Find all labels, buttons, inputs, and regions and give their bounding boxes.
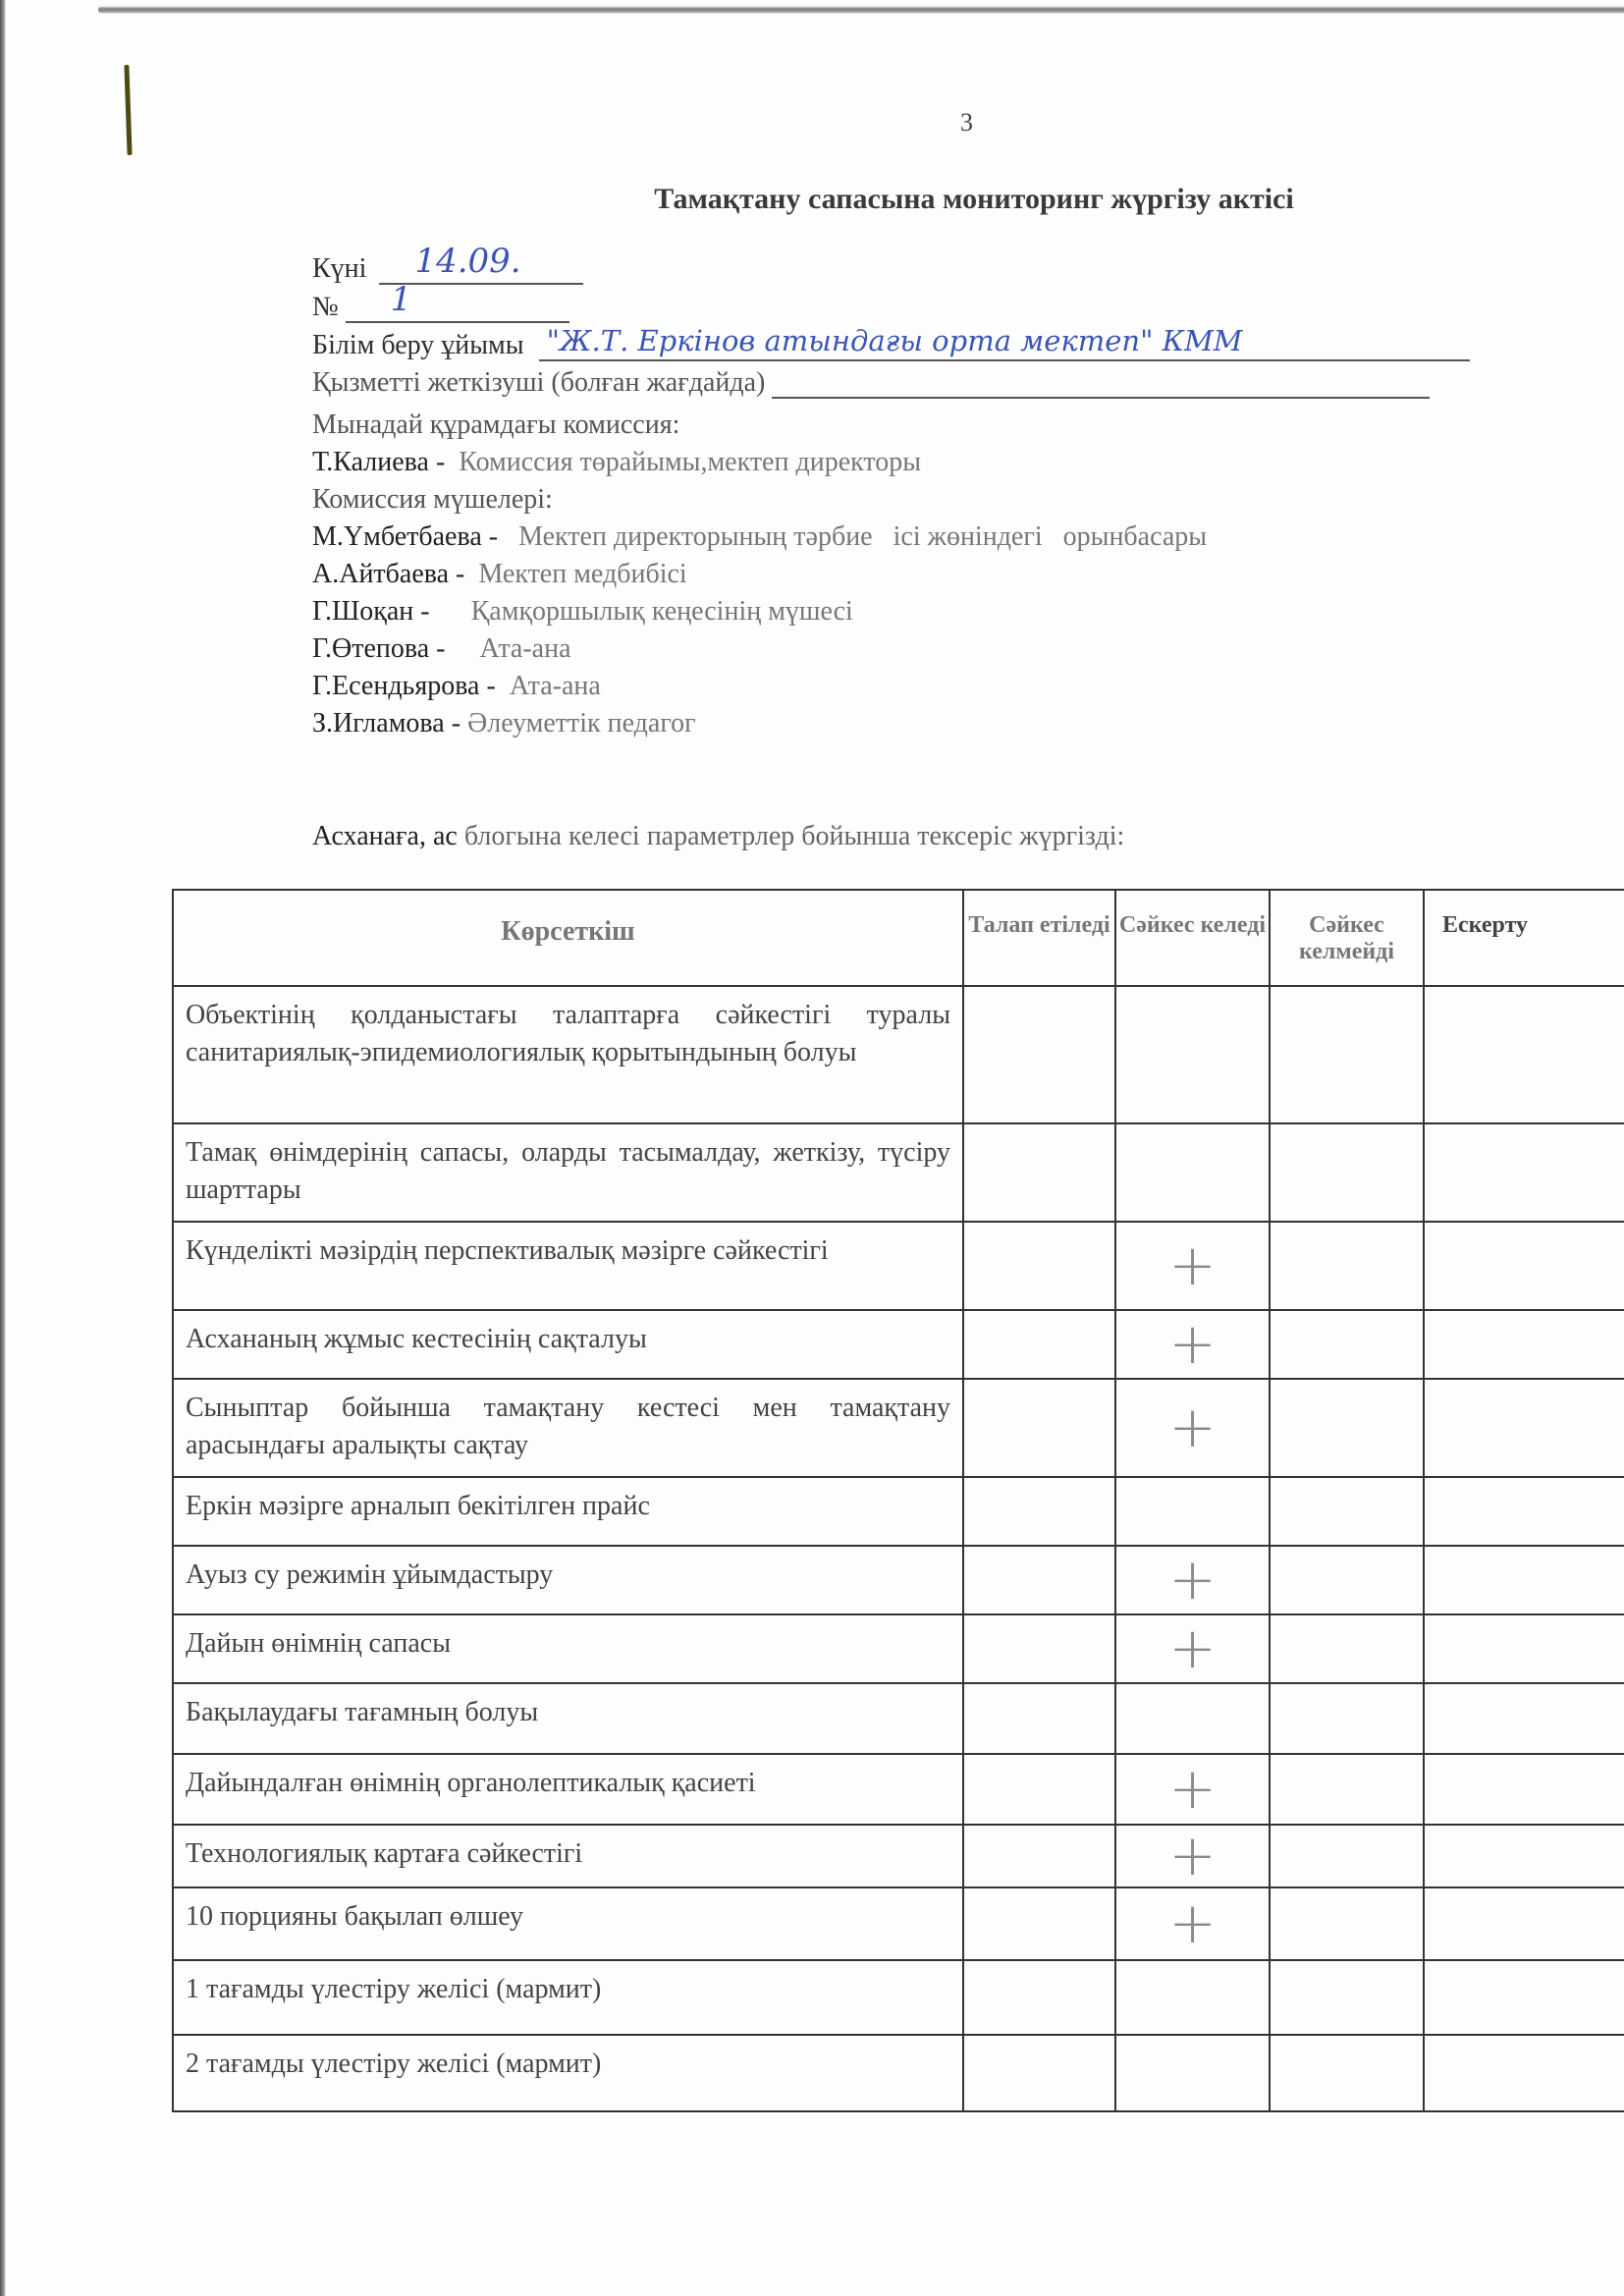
header-noncompliant: Сәйкес келмейді [1270,890,1424,986]
noncompliant-cell[interactable] [1270,1683,1424,1754]
commission-member: Г.Есендьярова - Ата-ана [312,668,1207,705]
indicator-cell: Бақылаудағы тағамның болуы [173,1683,963,1754]
note-cell[interactable] [1424,1222,1624,1310]
note-cell[interactable] [1424,1887,1624,1960]
required-cell[interactable] [963,1825,1115,1887]
compliant-cell[interactable]: + [1115,1754,1270,1825]
note-cell[interactable] [1424,1825,1624,1887]
table-header-row: Көрсеткіш Талап етіледі Сәйкес келеді Сә… [173,890,1624,986]
plus-mark-icon: + [1116,1827,1269,1884]
commission-list: Мынадай құрамдағы комиссия: Т.Калиева - … [312,407,1207,742]
plus-mark-icon: + [1116,1551,1269,1608]
table-row: Күнделікті мәзірдің перспективалық мәзір… [173,1222,1624,1310]
plus-mark-icon: + [1116,1894,1269,1951]
indicator-cell: Технологиялық картаға сәйкестігі [173,1825,963,1887]
table-row: Технологиялық картаға сәйкестігі+ [173,1825,1624,1887]
commission-member: А.Айтбаева - Мектеп медбибісі [312,556,1207,593]
number-label: № [312,292,339,322]
indicator-cell: Ауыз су режимін ұйымдастыру [173,1546,963,1614]
commission-member: Г.Өтепова - Ата-ана [312,630,1207,668]
document-title: Тамақтану сапасына мониторинг жүргізу ак… [0,183,1624,216]
number-value: 1 [391,280,412,319]
provider-field: Қызметті жеткізуші (болған жағдайда) [312,367,1430,399]
indicator-cell: Еркін мәзірге арналып бекітілген прайс [173,1477,963,1546]
note-cell[interactable] [1424,986,1624,1123]
date-value: 14.09. [414,242,520,281]
member-name: Г.Есендьярова - [312,671,503,701]
compliant-cell[interactable]: + [1115,1825,1270,1887]
required-cell[interactable] [963,1546,1115,1614]
required-cell[interactable] [963,986,1115,1123]
table-row: Бақылаудағы тағамның болуы [173,1683,1624,1754]
indicator-cell: 2 тағамды үлестіру желісі (мармит) [173,2035,963,2111]
noncompliant-cell[interactable] [1270,1222,1424,1310]
table-row: 10 порцияны бақылап өлшеу+ [173,1887,1624,1960]
plus-mark-icon: + [1116,1236,1269,1293]
required-cell[interactable] [963,1683,1115,1754]
noncompliant-cell[interactable] [1270,1825,1424,1887]
date-field: Күні 14.09. [312,253,583,285]
date-label: Күні [312,253,366,284]
note-cell[interactable] [1424,1123,1624,1222]
member-role: Әлеуметтік педагог [467,708,696,738]
table-row: Ауыз су режимін ұйымдастыру+ [173,1546,1624,1614]
indicator-cell: Дайын өнімнің сапасы [173,1614,963,1683]
plus-mark-icon: + [1116,1760,1269,1817]
number-line: 1 [346,292,569,323]
table-row: 1 тағамды үлестіру желісі (мармит) [173,1960,1624,2035]
header-compliant: Сәйкес келеді [1115,890,1270,986]
commission-chair: Т.Калиева - Комиссия төрайымы,мектеп дир… [312,444,1207,481]
member-name: Г.Шоқан - [312,596,437,627]
table-row: Сыныптар бойынша тамақтану кестесі мен т… [173,1379,1624,1477]
table-row: Дайындалған өнімнің органолептикалық қас… [173,1754,1624,1825]
commission-member: З.Игламова - Әлеуметтік педагог [312,705,1207,742]
compliant-cell[interactable] [1115,1683,1270,1754]
compliant-cell[interactable]: + [1115,1222,1270,1310]
organization-label: Білім беру ұйымы [312,330,524,360]
inspection-intro: Асханаға, ас блогына келесі параметрлер … [312,821,1124,852]
intro-dark: Асханаға, ас [312,821,458,851]
noncompliant-cell[interactable] [1270,1754,1424,1825]
table-row: Асхананың жұмыс кестесінің сақталуы+ [173,1310,1624,1379]
member-role: Қамқоршылық кеңесінің мүшесі [437,596,853,627]
table-row: Дайын өнімнің сапасы+ [173,1614,1624,1683]
page-number: 3 [960,108,973,137]
member-name: З.Игламова - [312,708,467,738]
member-name: Г.Өтепова - [312,633,453,664]
note-cell[interactable] [1424,1379,1624,1477]
table-row: 2 тағамды үлестіру желісі (мармит) [173,2035,1624,2111]
required-cell[interactable] [963,1222,1115,1310]
noncompliant-cell[interactable] [1270,1614,1424,1683]
provider-line [772,367,1430,399]
indicator-cell: Дайындалған өнімнің органолептикалық қас… [173,1754,963,1825]
noncompliant-cell[interactable] [1270,1477,1424,1546]
number-field: № 1 [312,292,569,323]
required-cell[interactable] [963,1754,1115,1825]
note-cell[interactable] [1424,1960,1624,2035]
note-cell[interactable] [1424,1614,1624,1683]
member-role: Ата-ана [453,633,571,664]
note-cell[interactable] [1424,1477,1624,1546]
compliant-cell[interactable]: + [1115,1546,1270,1614]
member-role: Мектеп директорының тәрбие ісі жөніндегі… [505,521,1207,552]
margin-pen-mark [124,65,132,155]
noncompliant-cell[interactable] [1270,1960,1424,2035]
indicator-cell: Сыныптар бойынша тамақтану кестесі мен т… [173,1379,963,1477]
plus-mark-icon: + [1116,1315,1269,1372]
compliant-cell[interactable] [1115,986,1270,1123]
commission-member: Г.Шоқан - Қамқоршылық кеңесінің мүшесі [312,593,1207,630]
noncompliant-cell[interactable] [1270,2035,1424,2111]
noncompliant-cell[interactable] [1270,1546,1424,1614]
noncompliant-cell[interactable] [1270,1123,1424,1222]
noncompliant-cell[interactable] [1270,1887,1424,1960]
noncompliant-cell[interactable] [1270,1310,1424,1379]
plus-mark-icon: + [1116,1619,1269,1676]
required-cell[interactable] [963,1477,1115,1546]
member-role: Мектеп медбибісі [471,559,686,589]
required-cell[interactable] [963,1614,1115,1683]
member-role: Комиссия төрайымы,мектеп директоры [452,447,921,477]
scan-top-shadow [98,6,1624,14]
note-cell[interactable] [1424,1683,1624,1754]
note-cell[interactable] [1424,1754,1624,1825]
compliant-cell[interactable]: + [1115,1379,1270,1477]
required-cell[interactable] [963,1123,1115,1222]
note-cell[interactable] [1424,2035,1624,2111]
members-heading: Комиссия мүшелері: [312,481,1207,519]
compliant-cell[interactable] [1115,1960,1270,2035]
commission-heading: Мынадай құрамдағы комиссия: [312,407,1207,444]
noncompliant-cell[interactable] [1270,986,1424,1123]
compliant-cell[interactable] [1115,1477,1270,1546]
header-indicator: Көрсеткіш [173,890,963,986]
indicator-cell: Тамақ өнімдерінің сапасы, оларды тасымал… [173,1123,963,1222]
note-cell[interactable] [1424,1310,1624,1379]
note-cell[interactable] [1424,1546,1624,1614]
commission-member: М.Үмбетбаева - Мектеп директорының тәрби… [312,519,1207,556]
header-required: Талап етіледі [963,890,1115,986]
member-role: Ата-ана [503,671,601,701]
indicator-cell: Асхананың жұмыс кестесінің сақталуы [173,1310,963,1379]
member-name: А.Айтбаева - [312,559,471,589]
plus-mark-icon: + [1116,1398,1269,1455]
required-cell[interactable] [963,1887,1115,1960]
inspection-table: Көрсеткіш Талап етіледі Сәйкес келеді Сә… [172,889,1624,2112]
required-cell[interactable] [963,1310,1115,1379]
provider-label: Қызметті жеткізуші (болған жағдайда) [312,367,765,398]
intro-light: блогына келесі параметрлер бойынша тексе… [458,821,1124,851]
scan-edge [0,0,6,2296]
indicator-cell: Күнделікті мәзірдің перспективалық мәзір… [173,1222,963,1310]
indicator-cell: 10 порцияны бақылап өлшеу [173,1887,963,1960]
organization-field: Білім беру ұйымы "Ж.Т. Еркінов атындағы … [312,330,1470,361]
noncompliant-cell[interactable] [1270,1379,1424,1477]
compliant-cell[interactable]: + [1115,1887,1270,1960]
table-row: Тамақ өнімдерінің сапасы, оларды тасымал… [173,1123,1624,1222]
table-row: Объектінің қолданыстағы талаптарға сәйке… [173,986,1624,1123]
indicator-cell: 1 тағамды үлестіру желісі (мармит) [173,1960,963,2035]
table-row: Еркін мәзірге арналып бекітілген прайс [173,1477,1624,1546]
compliant-cell[interactable]: + [1115,1614,1270,1683]
member-name: Т.Калиева - [312,447,452,477]
member-name: М.Үмбетбаева - [312,521,505,552]
compliant-cell[interactable]: + [1115,1310,1270,1379]
indicator-cell: Объектінің қолданыстағы талаптарға сәйке… [173,986,963,1123]
compliant-cell[interactable] [1115,1123,1270,1222]
required-cell[interactable] [963,1379,1115,1477]
organization-value: "Ж.Т. Еркінов атындағы орта мектеп" КММ [547,324,1243,357]
organization-line: "Ж.Т. Еркінов атындағы орта мектеп" КММ [539,330,1470,361]
header-note: Ескерту [1424,890,1624,986]
compliant-cell[interactable] [1115,2035,1270,2111]
required-cell[interactable] [963,1960,1115,2035]
required-cell[interactable] [963,2035,1115,2111]
